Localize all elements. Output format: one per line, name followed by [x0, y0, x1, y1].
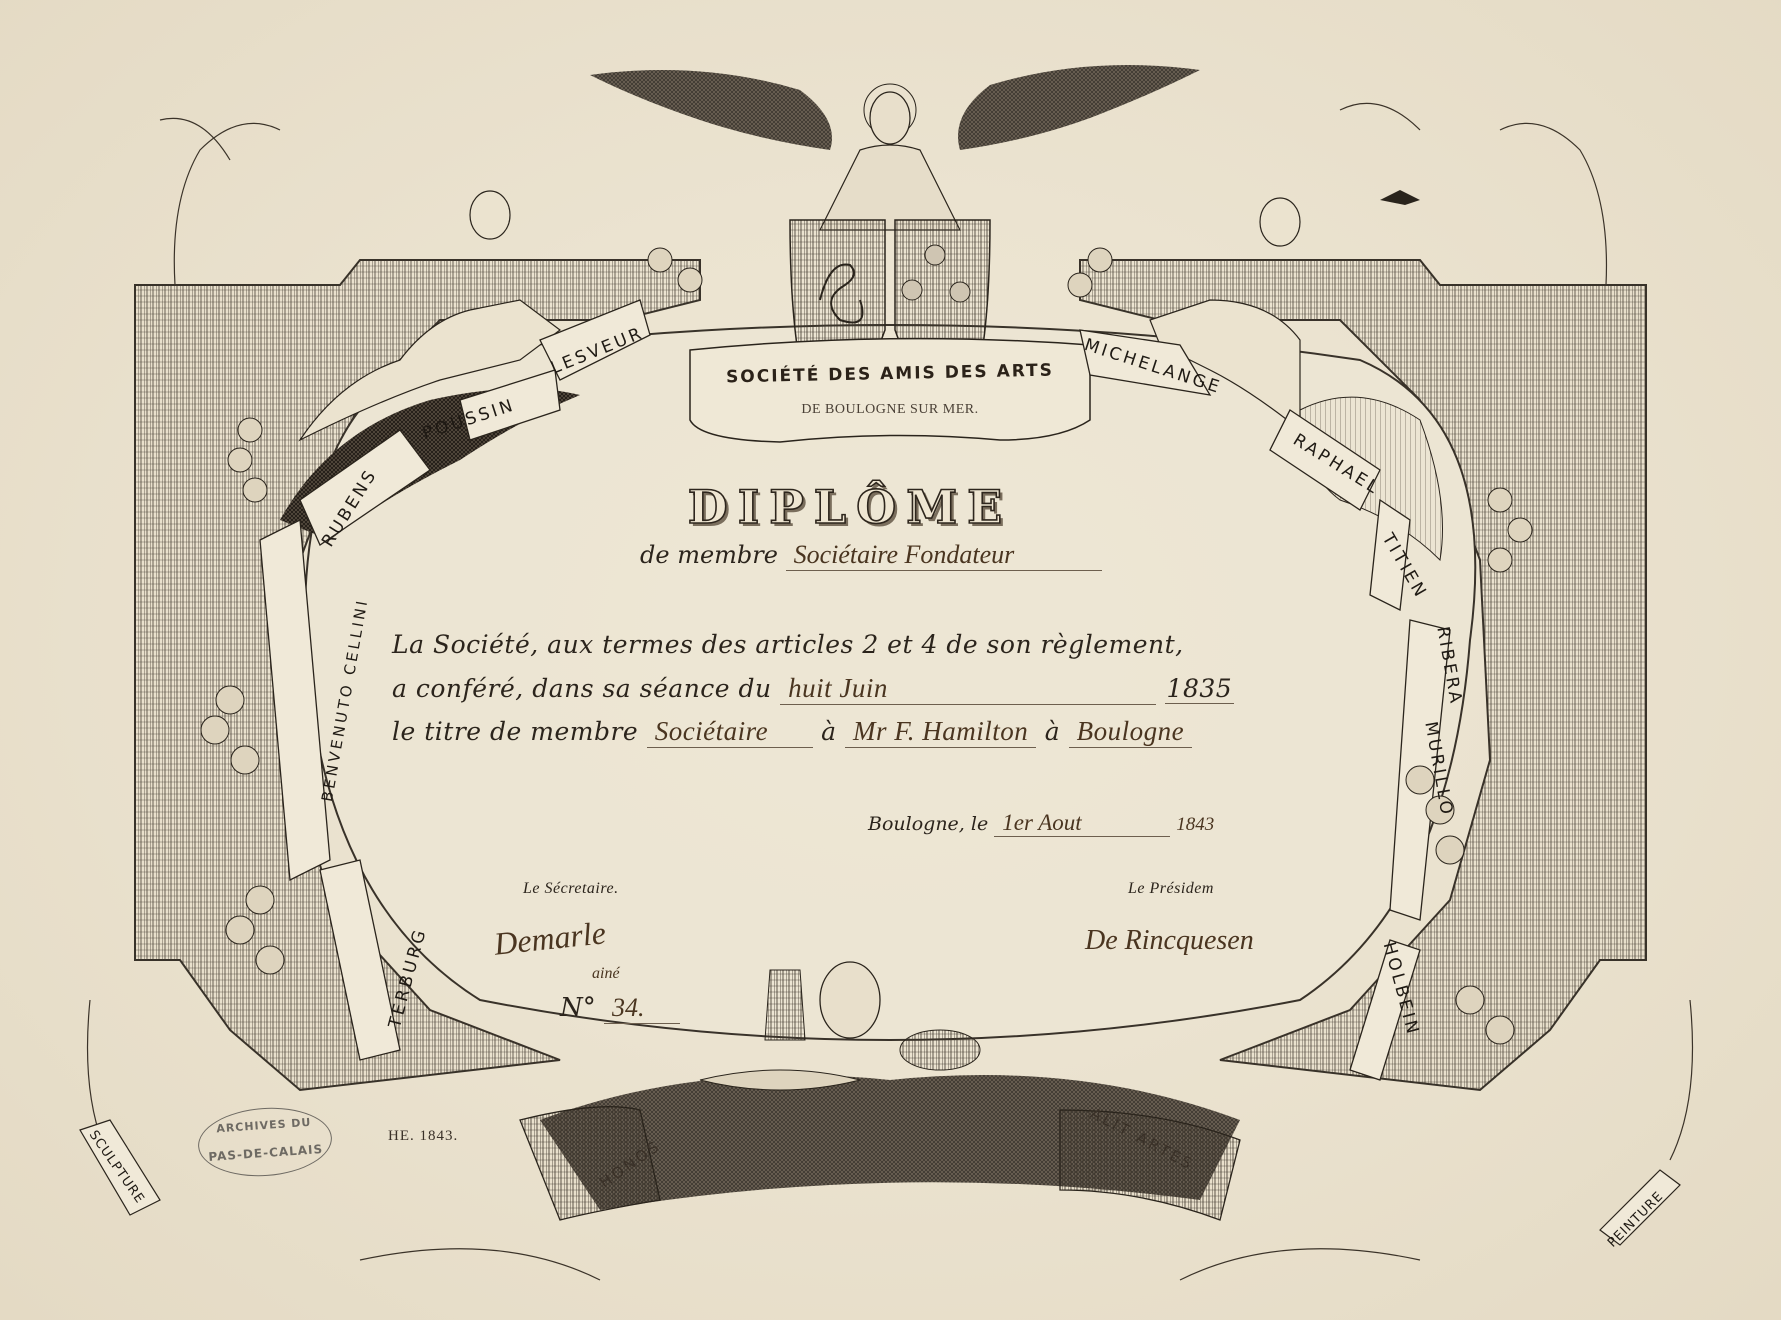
membership-type-field: Sociétaire Fondateur [786, 540, 1102, 571]
society-location: DE BOULOGNE SUR MER. [720, 402, 1060, 418]
secretary-annotation: ainé [592, 965, 620, 983]
body-line-3-a: à [821, 717, 836, 746]
member-city-field: Boulogne [1069, 716, 1192, 748]
meeting-year: 1835 [1165, 674, 1235, 704]
body-line-3-prefix: le titre de membre [392, 717, 638, 746]
body-line-3: le titre de membre Sociétaire à Mr F. Ha… [392, 716, 1192, 748]
meeting-date-field: huit Juin [780, 673, 1156, 705]
issue-day-month-field: 1er Aout [994, 810, 1170, 837]
membership-prefix: de membre [640, 541, 778, 569]
certificate-number: N° 34. [560, 993, 680, 1024]
issue-date-prefix: Boulogne, le [868, 813, 988, 835]
member-title-field: Sociétaire [647, 716, 813, 748]
issue-year: 1843 [1176, 814, 1214, 835]
body-line-3-a2: à [1045, 717, 1060, 746]
president-label: Le Présidem [1128, 880, 1214, 898]
secretary-label: Le Sécretaire. [523, 880, 619, 898]
president-signature: De Rincquesen [1085, 925, 1254, 957]
engraver-signature: HE. 1843. [388, 1128, 458, 1145]
diploma-title: DIPLÔME [630, 480, 1070, 534]
body-line-2: a conféré, dans sa séance du huit Juin 1… [392, 673, 1234, 705]
body-line-2-prefix: a conféré, dans sa séance du [392, 674, 772, 703]
stamp-line-2: PAS-DE-CALAIS [199, 1141, 332, 1164]
swallow-icon [1380, 190, 1420, 205]
issue-date-line: Boulogne, le 1er Aout 1843 [868, 810, 1214, 837]
membership-line: de membre Sociétaire Fondateur [640, 540, 1102, 571]
society-banner-shape [690, 339, 1090, 442]
member-name-field: Mr F. Hamilton [845, 716, 1036, 748]
number-value: 34. [604, 993, 680, 1024]
body-line-1: La Société, aux termes des articles 2 et… [392, 630, 1184, 659]
number-label: N° [560, 993, 596, 1023]
